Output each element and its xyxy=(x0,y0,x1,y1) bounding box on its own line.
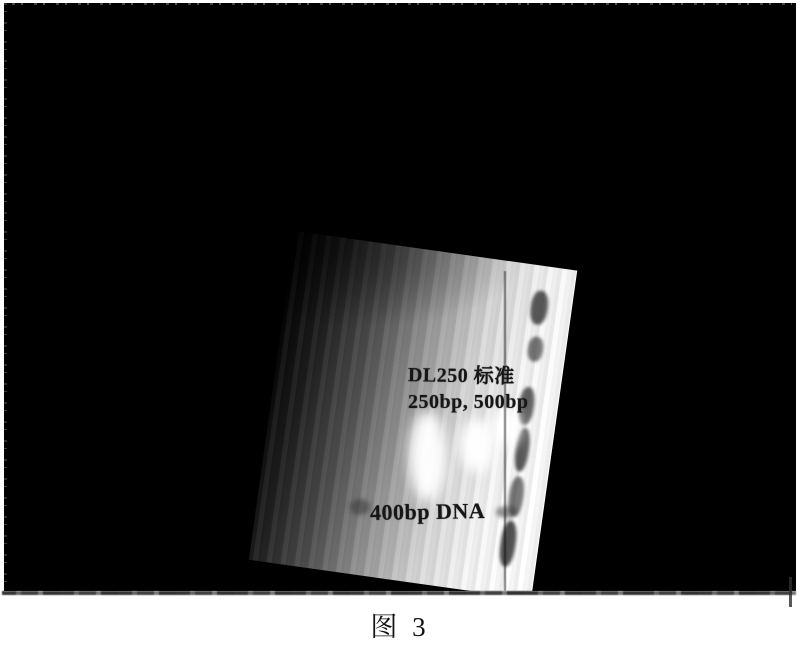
marker-sizes-label: 250bp, 500bp xyxy=(408,391,529,414)
figure-caption: 图 3 xyxy=(0,605,800,644)
scan-artifact-tick xyxy=(789,577,792,607)
photo-bottom-edge xyxy=(2,591,796,595)
marker-band xyxy=(507,476,526,518)
gel-scratch-line xyxy=(504,271,506,591)
marker-band xyxy=(513,427,532,472)
marker-band xyxy=(497,520,518,568)
photo-top-edge xyxy=(12,3,792,5)
marker-title-label: DL250 标准 xyxy=(408,358,515,389)
photo-left-edge xyxy=(4,3,7,591)
marker-band xyxy=(526,336,544,363)
marker-band xyxy=(528,290,550,326)
patent-figure-page: DL250 标准 250bp, 500bp 400bp DNA 图 3 xyxy=(0,0,800,646)
gel-photo: DL250 标准 250bp, 500bp 400bp DNA xyxy=(4,3,796,591)
product-band-label: 400bp DNA xyxy=(370,498,486,526)
